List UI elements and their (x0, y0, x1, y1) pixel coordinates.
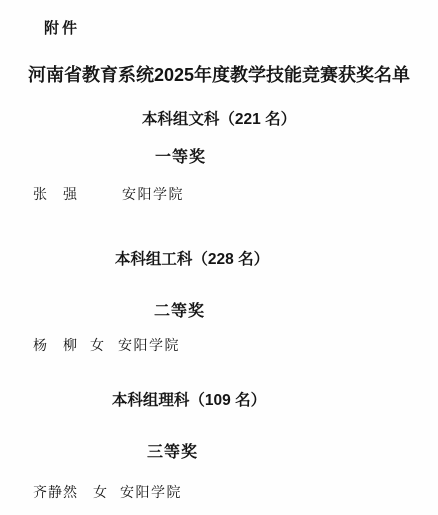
winner-name: 齐静然 (33, 482, 78, 502)
winner-name: 杨 柳 (33, 335, 78, 355)
winner-gender: 女 (93, 482, 107, 502)
group-header-undergrad-engineering: 本科组工科（228 名） (115, 247, 269, 269)
winner-name: 张 强 (33, 184, 78, 204)
winner-row: 齐静然 女 安阳学院 (0, 482, 438, 502)
document-page: 附件 河南省教育系统2025年度教学技能竞赛获奖名单 本科组文科（221 名） … (0, 0, 438, 515)
winner-school: 安阳学院 (120, 482, 182, 502)
group-header-undergrad-science: 本科组理科（109 名） (112, 388, 266, 410)
winner-school: 安阳学院 (122, 184, 184, 204)
award-header-first-prize: 一等奖 (155, 144, 206, 167)
winner-row: 张 强 安阳学院 (0, 184, 438, 204)
winner-school: 安阳学院 (118, 335, 180, 355)
group-header-undergrad-liberal-arts: 本科组文科（221 名） (142, 107, 296, 129)
award-header-third-prize: 三等奖 (147, 439, 198, 462)
winner-row: 杨 柳 女 安阳学院 (0, 335, 438, 355)
attachment-label: 附件 (44, 17, 80, 38)
winner-gender: 女 (90, 335, 104, 355)
award-header-second-prize: 二等奖 (154, 298, 205, 321)
document-title: 河南省教育系统2025年度教学技能竞赛获奖名单 (0, 61, 438, 87)
